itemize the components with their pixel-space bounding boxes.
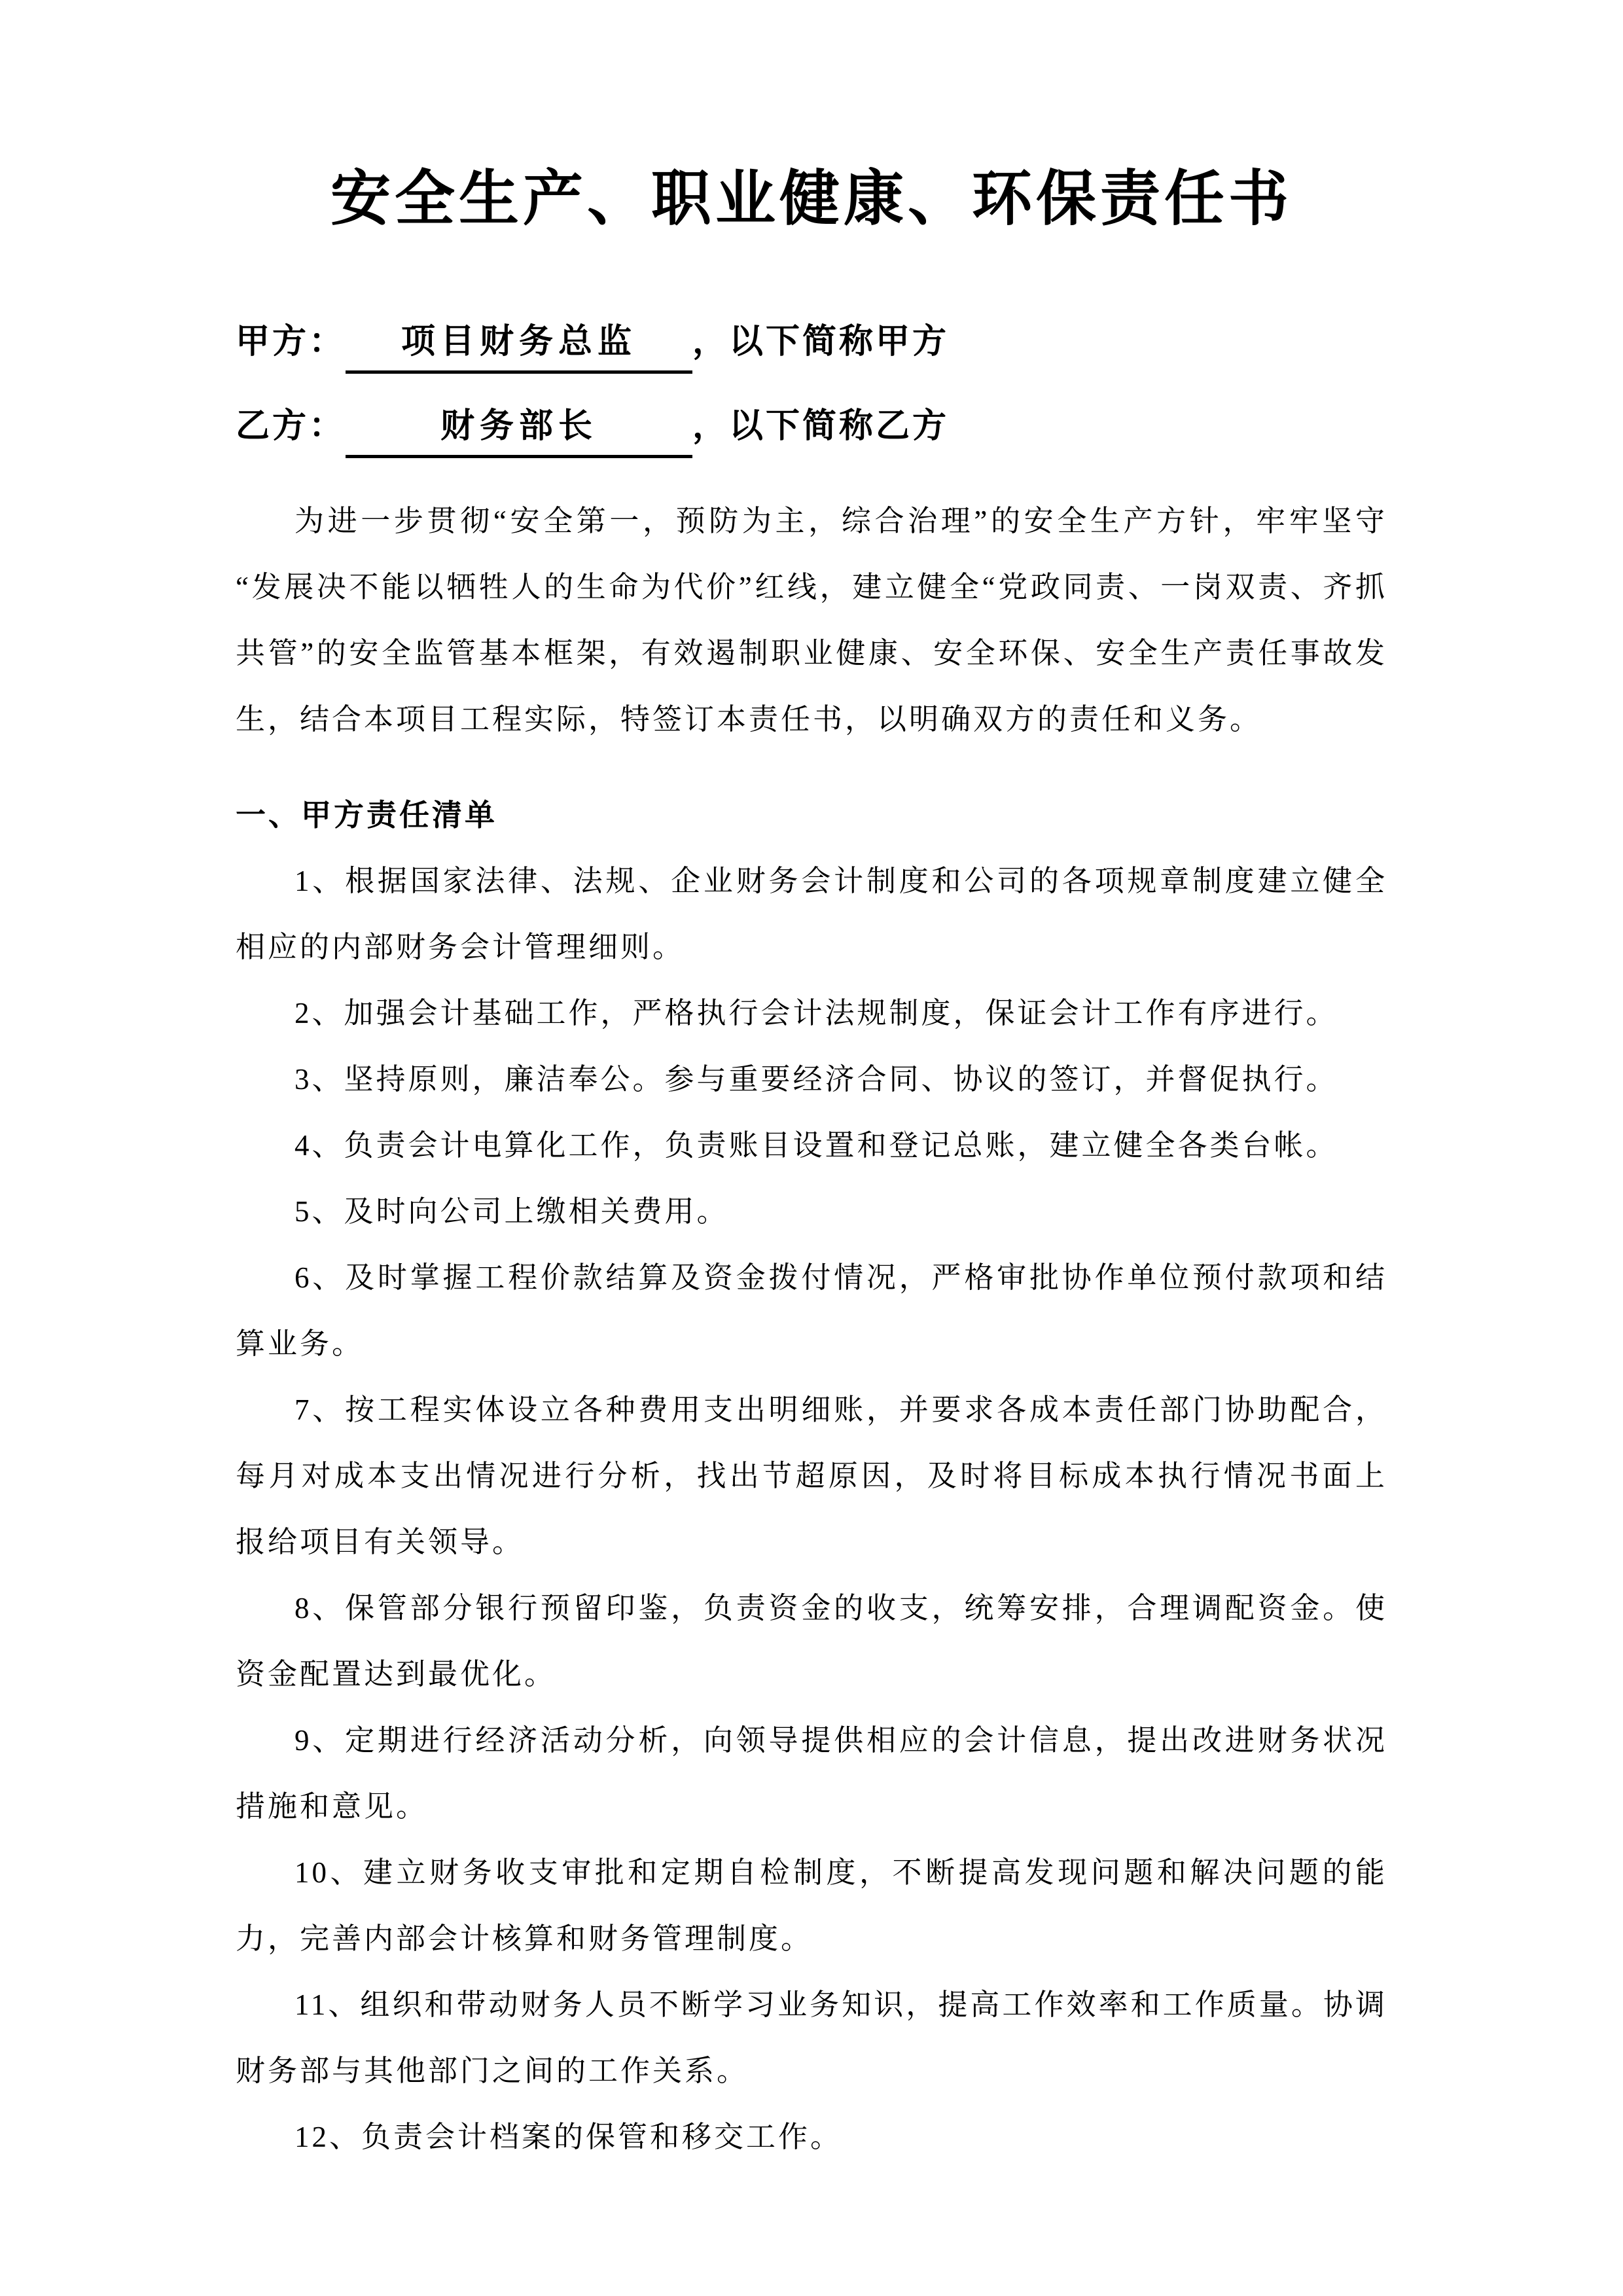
party-b-label: 乙方： <box>236 408 346 445</box>
party-a-duty-list: 1、根据国家法律、法规、企业财务会计制度和公司的各项规章制度建立健全相应的内部财… <box>236 848 1387 2170</box>
party-b-suffix: ，以下简称乙方 <box>692 408 949 445</box>
party-a-blank-field: 项目财务总监 <box>346 318 692 374</box>
intro-paragraph: 为进一步贯彻“安全第一，预防为主，综合治理”的安全生产方针，牢牢坚守“发展决不能… <box>236 488 1387 753</box>
duty-item: 6、及时掌握工程价款结算及资金拨付情况，严格审批协作单位预付款项和结算业务。 <box>236 1245 1387 1377</box>
party-a-line: 甲方：项目财务总监，以下简称甲方 <box>236 318 1387 374</box>
duty-item: 8、保管部分银行预留印鉴，负责资金的收支，统筹安排，合理调配资金。使资金配置达到… <box>236 1575 1387 1708</box>
party-b-line: 乙方：财务部长，以下简称乙方 <box>236 403 1387 458</box>
duty-item: 1、根据国家法律、法规、企业财务会计制度和公司的各项规章制度建立健全相应的内部财… <box>236 848 1387 980</box>
document-page: 安全生产、职业健康、环保责任书 甲方：项目财务总监，以下简称甲方 乙方：财务部长… <box>0 0 1623 2296</box>
duty-item: 3、坚持原则，廉洁奉公。参与重要经济合同、协议的签订，并督促执行。 <box>236 1047 1387 1113</box>
party-a-suffix: ，以下简称甲方 <box>692 323 949 361</box>
duty-item: 4、负责会计电算化工作，负责账目设置和登记总账，建立健全各类台帐。 <box>236 1113 1387 1179</box>
duty-item: 12、负责会计档案的保管和移交工作。 <box>236 2104 1387 2170</box>
duty-item: 11、组织和带动财务人员不断学习业务知识，提高工作效率和工作质量。协调财务部与其… <box>236 1972 1387 2104</box>
duty-item: 2、加强会计基础工作，严格执行会计法规制度，保证会计工作有序进行。 <box>236 980 1387 1047</box>
section1-heading: 一、甲方责任清单 <box>236 782 1387 848</box>
duty-item: 9、定期进行经济活动分析，向领导提供相应的会计信息，提出改进财务状况措施和意见。 <box>236 1708 1387 1840</box>
party-b-blank-field: 财务部长 <box>346 403 692 458</box>
duty-item: 7、按工程实体设立各种费用支出明细账，并要求各成本责任部门协助配合，每月对成本支… <box>236 1377 1387 1575</box>
duty-item: 10、建立财务收支审批和定期自检制度，不断提高发现问题和解决问题的能力，完善内部… <box>236 1840 1387 1972</box>
duty-item: 5、及时向公司上缴相关费用。 <box>236 1179 1387 1245</box>
party-a-label: 甲方： <box>236 323 346 361</box>
document-title: 安全生产、职业健康、环保责任书 <box>236 156 1387 242</box>
